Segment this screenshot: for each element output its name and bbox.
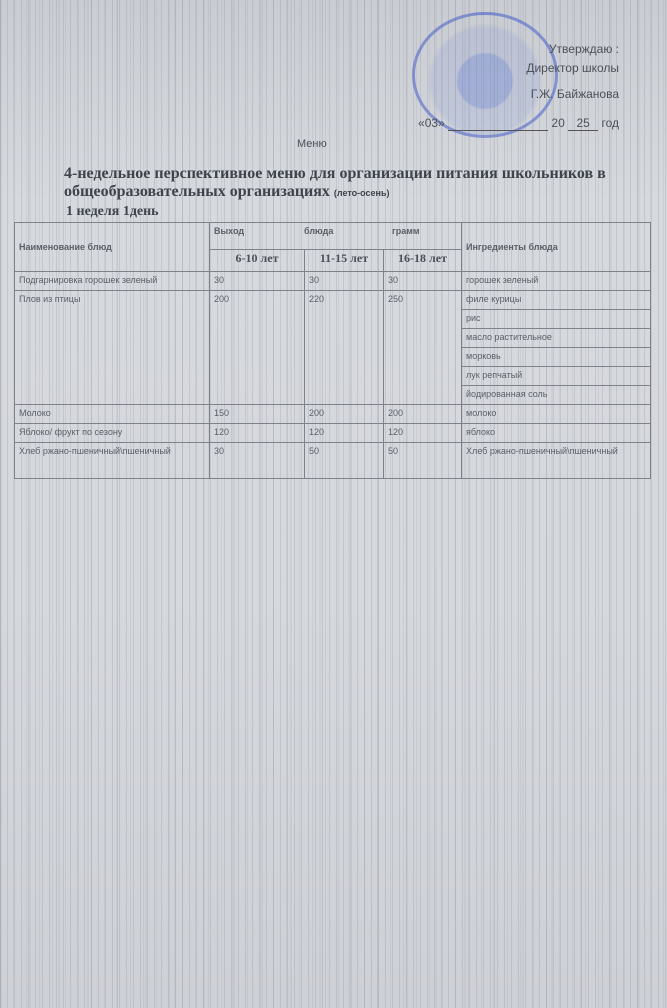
yield-16-18: 200 bbox=[384, 405, 462, 424]
date-month-line bbox=[448, 116, 548, 131]
date-century: 20 bbox=[551, 116, 564, 130]
header-ingredients: Ингредиенты блюда bbox=[462, 223, 651, 272]
dish-name: Плов из птицы bbox=[15, 291, 210, 405]
yield-16-18: 50 bbox=[384, 443, 462, 479]
approval-date: «03» 20 25 год bbox=[418, 116, 619, 131]
menu-label: Меню bbox=[297, 138, 327, 150]
header-yield-word1: Выход bbox=[214, 226, 304, 236]
date-day: «03» bbox=[418, 116, 445, 130]
ingredient: филе курицы bbox=[462, 291, 651, 310]
approval-heading: Утверждаю : bbox=[549, 42, 619, 56]
yield-11-15: 200 bbox=[305, 405, 384, 424]
table-row: Яблоко/ фрукт по сезону 120 120 120 ябло… bbox=[15, 424, 651, 443]
table-row: Подгарнировка горошек зеленый 30 30 30 г… bbox=[15, 272, 651, 291]
table-row: Плов из птицы 200 220 250 филе курицы bbox=[15, 291, 651, 310]
header-row-1: Наименование блюд Выходблюдаграмм Ингред… bbox=[15, 223, 651, 250]
dish-name: Подгарнировка горошек зеленый bbox=[15, 272, 210, 291]
document-title: 4-недельное перспективное меню для орган… bbox=[64, 165, 644, 202]
yield-6-10: 120 bbox=[210, 424, 305, 443]
yield-6-10: 30 bbox=[210, 272, 305, 291]
yield-11-15: 30 bbox=[305, 272, 384, 291]
yield-16-18: 120 bbox=[384, 424, 462, 443]
ingredient: йодированная соль bbox=[462, 386, 651, 405]
paper-texture bbox=[0, 0, 667, 1008]
header-age-16-18: 16-18 лет bbox=[384, 250, 462, 272]
yield-11-15: 50 bbox=[305, 443, 384, 479]
header-dish-name: Наименование блюд bbox=[15, 223, 210, 272]
dish-name: Молоко bbox=[15, 405, 210, 424]
yield-6-10: 200 bbox=[210, 291, 305, 405]
ingredient: масло растительное bbox=[462, 329, 651, 348]
ingredient: горошек зеленый bbox=[462, 272, 651, 291]
ingredient: Хлеб ржано-пшеничный\пшеничный bbox=[462, 443, 651, 479]
header-age-6-10: 6-10 лет bbox=[210, 250, 305, 272]
ingredient: яблоко bbox=[462, 424, 651, 443]
ingredient: морковь bbox=[462, 348, 651, 367]
date-year: 25 bbox=[568, 116, 598, 131]
yield-11-15: 120 bbox=[305, 424, 384, 443]
date-suffix: год bbox=[601, 116, 619, 130]
header-yield: Выходблюдаграмм bbox=[210, 223, 462, 250]
ingredient: рис bbox=[462, 310, 651, 329]
yield-6-10: 30 bbox=[210, 443, 305, 479]
header-age-11-15: 11-15 лет bbox=[305, 250, 384, 272]
yield-16-18: 30 bbox=[384, 272, 462, 291]
dish-name: Хлеб ржано-пшеничный\пшеничный bbox=[15, 443, 210, 479]
ingredient: лук репчатый bbox=[462, 367, 651, 386]
yield-11-15: 220 bbox=[305, 291, 384, 405]
table-row: Хлеб ржано-пшеничный\пшеничный 30 50 50 … bbox=[15, 443, 651, 479]
header-yield-word3: грамм bbox=[392, 226, 420, 236]
yield-6-10: 150 bbox=[210, 405, 305, 424]
table-row: Молоко 150 200 200 молоко bbox=[15, 405, 651, 424]
title-season: (лето-осень) bbox=[334, 188, 390, 198]
approval-position: Директор школы bbox=[526, 61, 619, 75]
ingredient: молоко bbox=[462, 405, 651, 424]
week-day-label: 1 неделя 1день bbox=[66, 204, 159, 220]
header-yield-word2: блюда bbox=[304, 226, 392, 236]
yield-16-18: 250 bbox=[384, 291, 462, 405]
dish-name: Яблоко/ фрукт по сезону bbox=[15, 424, 210, 443]
menu-table: Наименование блюд Выходблюдаграмм Ингред… bbox=[14, 222, 651, 479]
approval-signatory: Г.Ж. Байжанова bbox=[531, 87, 619, 101]
